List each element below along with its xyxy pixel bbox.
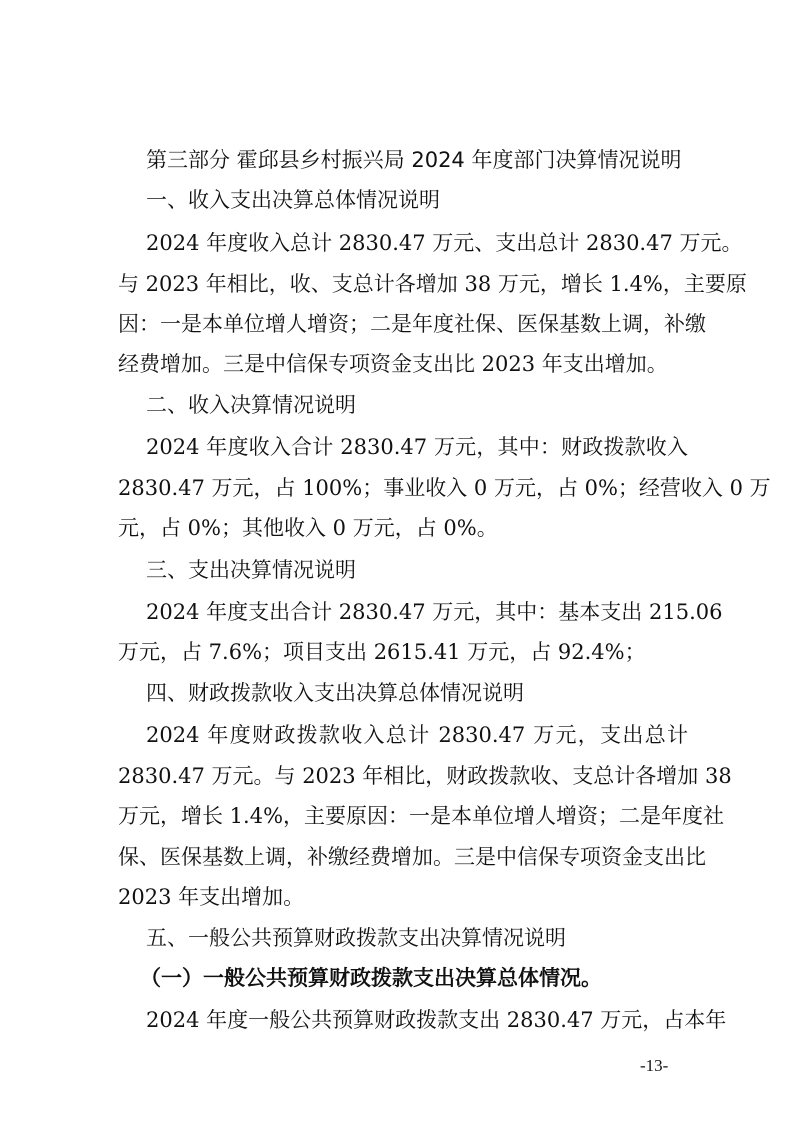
paragraph-line: 2830.47 万元。与 2023 年相比，财政拨款收、支总计各增加 38 — [118, 762, 688, 790]
paragraph-line: 万元，占 7.6%；项目支出 2615.41 万元，占 92.4%； — [118, 638, 688, 666]
paragraph-line: 万元，增长 1.4%，主要原因：一是本单位增人增资；二是年度社 — [118, 802, 688, 830]
paragraph-line: 因：一是本单位增人增资；二是年度社保、医保基数上调，补缴 — [118, 310, 688, 338]
paragraph-line: 2024 年度收入合计 2830.47 万元，其中：财政拨款收入 — [146, 433, 688, 461]
paragraph-line: 经费增加。三是中信保专项资金支出比 2023 年支出增加。 — [118, 350, 688, 378]
section-heading-4: 四、财政拨款收入支出决算总体情况说明 — [146, 679, 524, 707]
sub-heading: （一）一般公共预算财政拨款支出决算总体情况。 — [140, 964, 602, 992]
section-heading-3: 三、支出决算情况说明 — [146, 556, 356, 584]
paragraph-line: 与 2023 年相比，收、支总计各增加 38 万元，增长 1.4%，主要原 — [118, 270, 688, 298]
paragraph-line: 2830.47 万元，占 100%；事业收入 0 万元，占 0%；经营收入 0 … — [118, 474, 688, 502]
paragraph-line: 2024 年度财政拨款收入总计 2830.47 万元，支出总计 — [146, 721, 688, 749]
section-heading-2: 二、收入决算情况说明 — [146, 391, 356, 419]
paragraph-line: 2024 年度收入总计 2830.47 万元、支出总计 2830.47 万元。 — [146, 229, 688, 257]
paragraph-line: 元，占 0%；其他收入 0 万元，占 0%。 — [118, 514, 688, 542]
part-title: 第三部分 霍邱县乡村振兴局 2024 年度部门决算情况说明 — [146, 146, 681, 174]
paragraph-line: 2024 年度支出合计 2830.47 万元，其中：基本支出 215.06 — [146, 598, 688, 626]
document-page: 第三部分 霍邱县乡村振兴局 2024 年度部门决算情况说明 一、收入支出决算总体… — [0, 0, 793, 1122]
section-heading-5: 五、一般公共预算财政拨款支出决算情况说明 — [146, 924, 566, 952]
paragraph-line: 2024 年度一般公共预算财政拨款支出 2830.47 万元，占本年 — [146, 1006, 688, 1034]
paragraph-line: 保、医保基数上调，补缴经费增加。三是中信保专项资金支出比 — [118, 843, 688, 871]
page-number: -13- — [640, 1056, 668, 1076]
paragraph-line: 2023 年支出增加。 — [118, 883, 688, 911]
section-heading-1: 一、收入支出决算总体情况说明 — [146, 186, 440, 214]
